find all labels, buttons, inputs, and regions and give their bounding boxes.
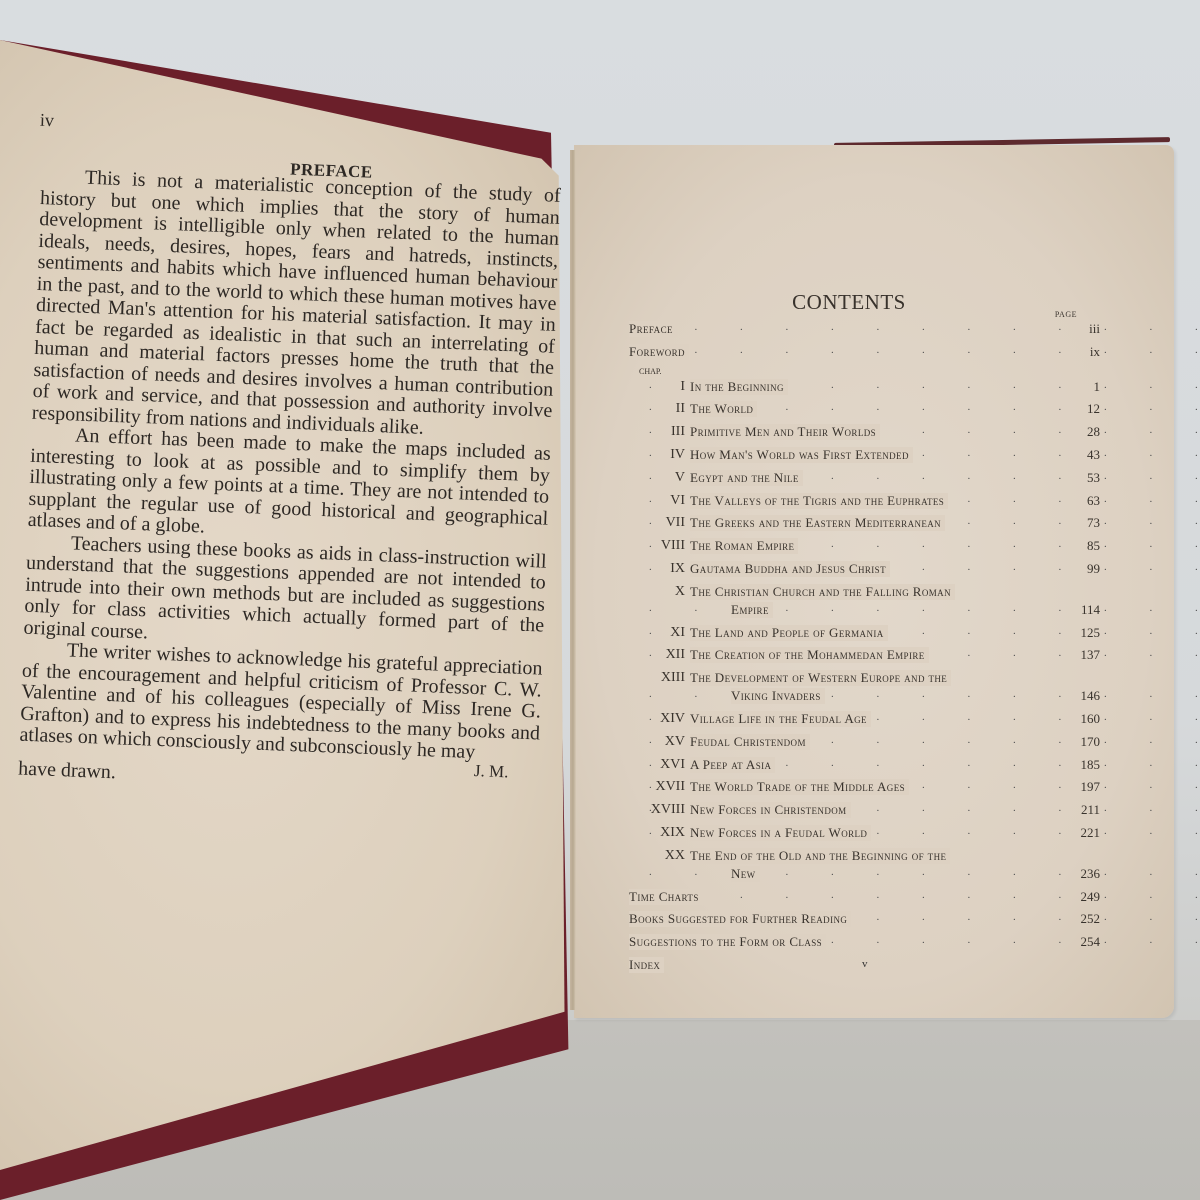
leader-dots: . . . . . . . . . . . . . . . . <box>649 889 1069 901</box>
toc-entry[interactable]: VI. . . . . . . . . . . . . . . .The Val… <box>629 493 1069 516</box>
chapter-number: XIII <box>629 670 685 686</box>
entry-title: New Forces in Christendom <box>690 802 851 818</box>
entry-page: 160 <box>1070 711 1100 727</box>
leader-dots: . . . . . . . . . . . . . . . . <box>649 688 1069 700</box>
entry-title: The Greeks and the Eastern Mediterranean <box>690 515 945 531</box>
chapter-number: XVIII <box>629 802 685 818</box>
entry-page: 99 <box>1070 561 1100 577</box>
toc-entry[interactable]: XII. . . . . . . . . . . . . . . .The Cr… <box>629 647 1069 670</box>
entry-page: ix <box>1070 344 1100 360</box>
entry-page: 28 <box>1070 424 1100 440</box>
entry-title: Time Charts <box>629 889 703 905</box>
entry-page: 125 <box>1070 625 1100 641</box>
toc-entry[interactable]: IV. . . . . . . . . . . . . . . .How Man… <box>629 447 1069 470</box>
entry-title: Gautama Buddha and Jesus Christ <box>690 561 890 577</box>
chapter-number: XX <box>629 848 685 864</box>
toc-entry[interactable]: III. . . . . . . . . . . . . . . .Primit… <box>629 424 1069 447</box>
toc-entry[interactable]: XI. . . . . . . . . . . . . . . .The Lan… <box>629 625 1069 648</box>
entry-title: The End of the Old and the Beginning of … <box>690 848 950 864</box>
toc-entry[interactable]: . . . . . . . . . . . . . . . .Viking In… <box>629 688 1069 711</box>
entry-title: Suggestions to the Form or Class <box>629 934 826 950</box>
chapter-number: II <box>629 401 685 417</box>
chapter-number: VIII <box>629 538 685 554</box>
entry-title: Egypt and the Nile <box>690 470 803 486</box>
chapter-number: X <box>629 584 685 600</box>
entry-page: 185 <box>1070 757 1100 773</box>
entry-title: Books Suggested for Further Reading <box>629 911 851 927</box>
toc-entry[interactable]: . . . . . . . . . . . . . . . .Forewordi… <box>629 344 1069 367</box>
toc-entry[interactable]: VII. . . . . . . . . . . . . . . .The Gr… <box>629 515 1069 538</box>
entry-page: 114 <box>1070 602 1100 618</box>
toc-entry[interactable]: XIX. . . . . . . . . . . . . . . .New Fo… <box>629 825 1069 848</box>
toc-entry[interactable]: II. . . . . . . . . . . . . . . .The Wor… <box>629 401 1069 424</box>
table-of-contents: CONTENTS PAGE . . . . . . . . . . . . . … <box>629 290 1069 980</box>
chapter-number: VII <box>629 515 685 531</box>
page-number: iv <box>40 110 55 131</box>
toc-entry[interactable]: IX. . . . . . . . . . . . . . . .Gautama… <box>629 561 1069 584</box>
entry-page: 63 <box>1070 493 1100 509</box>
toc-entry[interactable]: XIV. . . . . . . . . . . . . . . .Villag… <box>629 711 1069 734</box>
entry-page: 12 <box>1070 401 1100 417</box>
entry-page: 249 <box>1070 889 1100 905</box>
leader-dots: . . . . . . . . . . . . . . . . <box>649 344 1069 356</box>
toc-entry[interactable]: . . . . . . . . . . . . . . . .Empire114 <box>629 602 1069 625</box>
entry-title: Viking Invaders <box>731 688 825 704</box>
entry-page: 53 <box>1070 470 1100 486</box>
entry-title: The World Trade of the Middle Ages <box>690 779 909 795</box>
leader-dots: . . . . . . . . . . . . . . . . <box>649 602 1069 614</box>
preface-paragraph: An effort has been made to make the maps… <box>27 424 551 551</box>
entry-page: 85 <box>1070 538 1100 554</box>
entry-title: Foreword <box>629 344 689 360</box>
chapter-number: IX <box>629 561 685 577</box>
toc-entry[interactable]: V. . . . . . . . . . . . . . . .Egypt an… <box>629 470 1069 493</box>
entry-title: Village Life in the Feudal Age <box>690 711 871 727</box>
entry-title: The Roman Empire <box>690 538 798 554</box>
preface-paragraph: Teachers using these books as aids in cl… <box>23 531 547 658</box>
entry-title: Primitive Men and Their Worlds <box>690 424 880 440</box>
entry-page: 211 <box>1070 802 1100 818</box>
page-number: v <box>862 958 868 970</box>
entry-title: In the Beginning <box>690 379 788 395</box>
chapter-number: V <box>629 470 685 486</box>
entry-page: 221 <box>1070 825 1100 841</box>
entry-page: 254 <box>1070 934 1100 950</box>
toc-entry[interactable]: VIII. . . . . . . . . . . . . . . .The R… <box>629 538 1069 561</box>
chapter-number: III <box>629 424 685 440</box>
chapter-number: XIX <box>629 825 685 841</box>
book-gutter <box>570 150 576 1010</box>
entry-page: 146 <box>1070 688 1100 704</box>
chapter-number: XIV <box>629 711 685 727</box>
entry-title: Index <box>629 957 664 973</box>
chapter-number: XVII <box>629 779 685 795</box>
entry-page: 170 <box>1070 734 1100 750</box>
leader-dots: . . . . . . . . . . . . . . . . <box>649 321 1069 333</box>
entry-page: 43 <box>1070 447 1100 463</box>
chapter-number: XI <box>629 625 685 641</box>
entry-title: The Christian Church and the Falling Rom… <box>690 584 955 600</box>
toc-entry[interactable]: . . . . . . . . . . . . . . . .Prefaceii… <box>629 321 1069 344</box>
toc-entry[interactable]: XVIII. . . . . . . . . . . . . . . .New … <box>629 802 1069 825</box>
entry-title: How Man's World was First Extended <box>690 447 913 463</box>
toc-entry[interactable]: I. . . . . . . . . . . . . . . .In the B… <box>629 379 1069 402</box>
toc-entry[interactable]: XV. . . . . . . . . . . . . . . .Feudal … <box>629 734 1069 757</box>
entry-page: iii <box>1070 321 1100 337</box>
entry-page: 236 <box>1070 866 1100 882</box>
toc-entry[interactable]: XXThe End of the Old and the Beginning o… <box>629 848 1069 866</box>
chapter-number: XV <box>629 734 685 750</box>
chapter-number: XII <box>629 647 685 663</box>
entry-page: 137 <box>1070 647 1100 663</box>
entry-page: 197 <box>1070 779 1100 795</box>
entry-title: The Creation of the Mohammedan Empire <box>690 647 929 663</box>
leader-dots: . . . . . . . . . . . . . . . . <box>649 866 1069 878</box>
entry-title: New Forces in a Feudal World <box>690 825 871 841</box>
entry-page: 252 <box>1070 911 1100 927</box>
entry-title: The Land and People of Germania <box>690 625 888 641</box>
entry-title: Feudal Christendom <box>690 734 810 750</box>
chap-label: CHAP. <box>639 367 1069 379</box>
preface-paragraph: This is not a materialistic conception o… <box>31 166 561 444</box>
toc-entry[interactable]: . . . . . . . . . . . . . . . .New236 <box>629 866 1069 889</box>
entry-title: Empire <box>731 602 773 618</box>
toc-entry[interactable]: . . . . . . . . . . . . . . . .Time Char… <box>629 889 1069 912</box>
toc-entry[interactable]: . . . . . . . . . . . . . . . .Suggestio… <box>629 934 1069 957</box>
chapter-number: IV <box>629 447 685 463</box>
page-column-label: PAGE <box>1055 310 1077 319</box>
chapter-number: VI <box>629 493 685 509</box>
toc-entry[interactable]: . . . . . . . . . . . . . . . .Books Sug… <box>629 911 1069 934</box>
entry-title: A Peep at Asia <box>690 757 775 773</box>
entry-title: The Development of Western Europe and th… <box>690 670 951 686</box>
chapter-number: XVI <box>629 757 685 773</box>
entry-title: The Valleys of the Tigris and the Euphra… <box>690 493 948 509</box>
toc-entry[interactable]: Index <box>629 957 1069 980</box>
toc-entry[interactable]: XVII. . . . . . . . . . . . . . . .The W… <box>629 779 1069 802</box>
toc-entry[interactable]: XIIIThe Development of Western Europe an… <box>629 670 1069 688</box>
toc-entry[interactable]: XThe Christian Church and the Falling Ro… <box>629 584 1069 602</box>
entry-page: 73 <box>1070 515 1100 531</box>
entry-title: Preface <box>629 321 677 337</box>
entry-page: 1 <box>1070 379 1100 395</box>
contents-heading: CONTENTS <box>629 290 1069 315</box>
entry-title: New <box>731 866 760 882</box>
chapter-number: I <box>629 379 685 395</box>
entry-title: The World <box>690 401 757 417</box>
toc-entry[interactable]: XVI. . . . . . . . . . . . . . . .A Peep… <box>629 757 1069 780</box>
preface-section: PREFACE This is not a materialistic conc… <box>18 150 561 784</box>
preface-paragraph: The writer wishes to acknowledge his gra… <box>19 639 543 766</box>
